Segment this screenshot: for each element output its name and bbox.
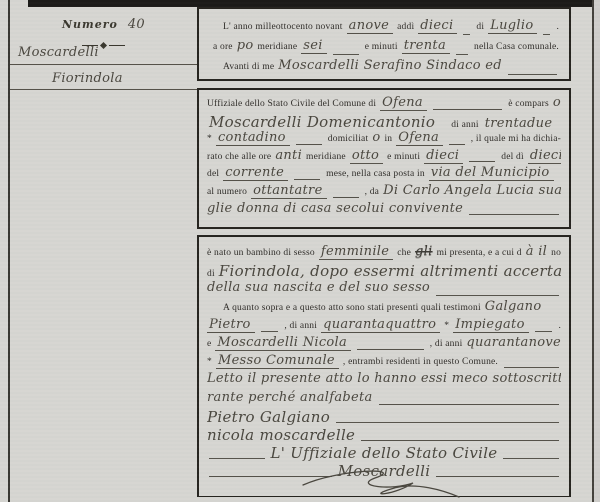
printed-text: Uffiziale dello Stato Civile del Comune … (207, 99, 376, 109)
rule-fill (357, 349, 424, 350)
hw-witness1-surname: Galgano (485, 299, 542, 314)
printed-text: mi presenta, e a cui d (437, 248, 522, 258)
printed-text: mese, nella casa posta in (326, 169, 425, 179)
act-datetime-box: L' anno milleottocento novantanove addìd… (197, 7, 571, 81)
line-signature-witness1: Pietro Galgiano (207, 408, 561, 426)
printed-text: L' anno milleottocento novant (223, 22, 343, 32)
hw-year: anove (347, 18, 394, 34)
witness1-signature: Pietro Galgiano (207, 408, 330, 426)
hw-da-il: à il (526, 244, 547, 259)
numero-label: Numero (62, 18, 118, 31)
birth-declaration-box: è nato un bambino di sessofemminile cheg… (197, 235, 571, 497)
printed-text: , da (365, 187, 380, 197)
signature-flourish-icon (295, 465, 465, 499)
record-number: 40 (128, 17, 145, 32)
hw-official-name: Moscardelli Serafino Sindaco ed (278, 58, 502, 73)
hw-witness1-age: quarantaquattro (321, 317, 440, 333)
hw-birth-minutes: dieci (424, 148, 463, 164)
hw-meridian-prefix: anti (275, 148, 302, 163)
hw-declarant-age: trentadue (483, 116, 557, 131)
printed-text: che (397, 248, 411, 258)
official-title: L' Uffiziale dello Stato Civile (271, 444, 498, 462)
rule-fill (436, 295, 559, 296)
line-signature-witness2: nicola moscardelle (207, 426, 561, 444)
hw-comune: Ofena (380, 95, 427, 111)
hw-suffix: o (372, 130, 380, 145)
hw-birth-street: via del Municipio (429, 165, 554, 181)
hw-meridian-prefix: po (237, 38, 254, 53)
hw-birth-hour: otto (350, 148, 383, 164)
line-birth-month-house: delcorrente mese, nella casa posta invia… (207, 165, 561, 183)
line-witness2-profession: *Messo Comunale , entrambi residenti in … (207, 353, 561, 371)
printed-text: è nato un bambino di sesso (207, 248, 315, 258)
printed-text: del (207, 169, 219, 179)
hw-child-name: Fiorindola, dopo essermi altrimenti acce… (219, 262, 561, 280)
rule-fill (379, 404, 559, 405)
printed-text: di (207, 269, 215, 279)
record-number-line: Numero 40 (10, 15, 197, 33)
hw-mother-name: Di Carlo Angela Lucia sua mo (383, 183, 561, 198)
printed-text: A quanto sopra e a questo atto sono stat… (223, 303, 481, 313)
printed-text: nella Casa comunale. (474, 42, 559, 52)
line-witness2: eMoscardelli Nicola , di anniquarantanov… (207, 335, 561, 353)
hw-sex: femminile (319, 244, 393, 260)
printed-text: e minuti (365, 42, 398, 52)
hw-closing-statement: Letto il presente atto lo hanno essi mec… (207, 371, 561, 386)
printed-text: Avanti di me (223, 62, 274, 72)
printed-text: , di anni (284, 321, 317, 331)
rule-fill (508, 74, 557, 75)
hw-birth-day: dieci (528, 148, 561, 164)
hw-witness2-name: Moscardelli Nicola (215, 335, 351, 351)
line-year-date: L' anno milleottocento novantanove addìd… (213, 18, 559, 38)
rule-fill (535, 331, 553, 332)
printed-text: in (384, 134, 392, 144)
printed-text: di (476, 22, 484, 32)
printed-text: e minuti (387, 152, 420, 162)
printed-text: a ore (213, 42, 233, 52)
rule-fill (433, 109, 502, 110)
hw-house-number: ottantatre (251, 183, 327, 199)
asterisk-mark: * (207, 134, 212, 144)
birth-record-page: Numero 40 Moscardelli Fiorindola L' anno… (0, 0, 600, 502)
rule-fill (333, 197, 359, 198)
margin-column: Numero 40 Moscardelli Fiorindola (10, 7, 197, 502)
printed-text: , il quale mi ha dichia- (471, 134, 561, 144)
rule-fill (333, 54, 359, 55)
hw-mother-description: glie donna di casa secolui convivente (207, 201, 463, 216)
hw-profession: contadino (216, 130, 290, 146)
ornament-line (109, 45, 125, 46)
ornament-diamond (100, 42, 107, 49)
hw-closing-statement-2: rante perché analfabeta (207, 390, 373, 405)
printed-text: addì (397, 22, 414, 32)
margin-rule-1 (10, 64, 197, 65)
rule-fill (463, 34, 470, 35)
printed-text: e (207, 339, 211, 349)
rule-fill (294, 179, 320, 180)
rule-fill (543, 34, 550, 35)
line-profession-domicile: *contadino domiciliato inOfena , il qual… (207, 130, 561, 148)
top-border-band (28, 0, 600, 7)
margin-surname: Moscardelli (18, 45, 99, 60)
hw-witness2-age: quarantanove (466, 335, 561, 350)
printed-text: meridiane (257, 42, 297, 52)
line-closing-1: Letto il presente atto lo hanno essi mec… (207, 371, 561, 389)
asterisk-mark: * (207, 357, 212, 367)
line-house-number-mother: al numeroottantatre , daDi Carlo Angela … (207, 183, 561, 201)
printed-text: . (558, 321, 561, 331)
rule-fill (503, 458, 559, 459)
asterisk-mark: * (444, 321, 449, 331)
line-official-title: L' Uffiziale dello Stato Civile (207, 444, 561, 462)
hw-struck-word: gli (415, 244, 433, 259)
line-child-name: diFiorindola, dopo essermi altrimenti ac… (207, 262, 561, 280)
page-right-edge-line (592, 0, 594, 502)
printed-text: , entrambi residenti in questo Comune. (343, 357, 498, 367)
rule-fill (469, 161, 495, 162)
hw-verification: della sua nascita e del suo sesso (207, 280, 430, 295)
rule-fill (209, 458, 265, 459)
hw-witness1-given: Pietro (207, 317, 255, 333)
hw-witness2-profession: Messo Comunale (216, 353, 339, 369)
line-sex-name: è nato un bambino di sessofemminile cheg… (207, 244, 561, 262)
hw-hour: sei (301, 38, 326, 54)
hw-birth-month: corrente (223, 165, 288, 181)
printed-text: nome (551, 248, 561, 258)
printed-text: al numero (207, 187, 247, 197)
hw-witness1-profession: Impiegato (453, 317, 528, 333)
line-mother-continued: glie donna di casa secolui convivente (207, 201, 561, 219)
margin-rule-2 (10, 89, 197, 90)
rule-fill (296, 144, 322, 145)
line-official: Avanti di meMoscardelli Serafino Sindaco… (213, 58, 559, 78)
hw-month: Luglio (488, 18, 537, 34)
hw-domicile: Ofena (396, 130, 443, 146)
line-hour: a orepo meridianesei e minutitrenta nell… (213, 38, 559, 58)
line-birth-time: rato che alle oreanti meridianeotto e mi… (207, 148, 561, 166)
witness2-signature: nicola moscardelle (207, 426, 355, 444)
line-declarant-name: Moscardelli Domenicantonio di annitrenta… (207, 113, 561, 131)
printed-text: è compars (508, 99, 549, 109)
rule-fill (261, 331, 279, 332)
hw-minutes: trenta (402, 38, 450, 54)
declarant-box: Uffiziale dello Stato Civile del Comune … (197, 88, 571, 229)
printed-text: , di anni (430, 339, 463, 349)
margin-given-name: Fiorindola (52, 71, 123, 86)
rule-fill (504, 367, 559, 368)
printed-text: domiciliat (328, 134, 369, 144)
printed-text: rato che alle ore (207, 152, 271, 162)
line-comune: Uffiziale dello Stato Civile del Comune … (207, 95, 561, 113)
line-witness1: Pietro , di anniquarantaquattro *Impiega… (207, 317, 561, 335)
line-witnesses-intro: A quanto sopra e a questo atto sono stat… (207, 299, 561, 317)
rule-fill (449, 144, 465, 145)
printed-text: di anni (451, 120, 479, 130)
rule-fill (456, 54, 468, 55)
rule-fill (361, 440, 559, 441)
line-verification: della sua nascita e del suo sesso (207, 280, 561, 298)
hw-declarant-name: Moscardelli Domenicantonio (207, 113, 439, 131)
page-right-edge (594, 0, 600, 502)
printed-text: del dì (501, 152, 524, 162)
printed-text: . (556, 22, 559, 32)
hw-suffix: o (553, 95, 561, 110)
line-closing-2: rante perché analfabeta (207, 390, 561, 408)
rule-fill (336, 422, 559, 423)
hw-day: dieci (418, 18, 457, 34)
printed-text: meridiane (306, 152, 346, 162)
rule-fill (469, 214, 559, 215)
